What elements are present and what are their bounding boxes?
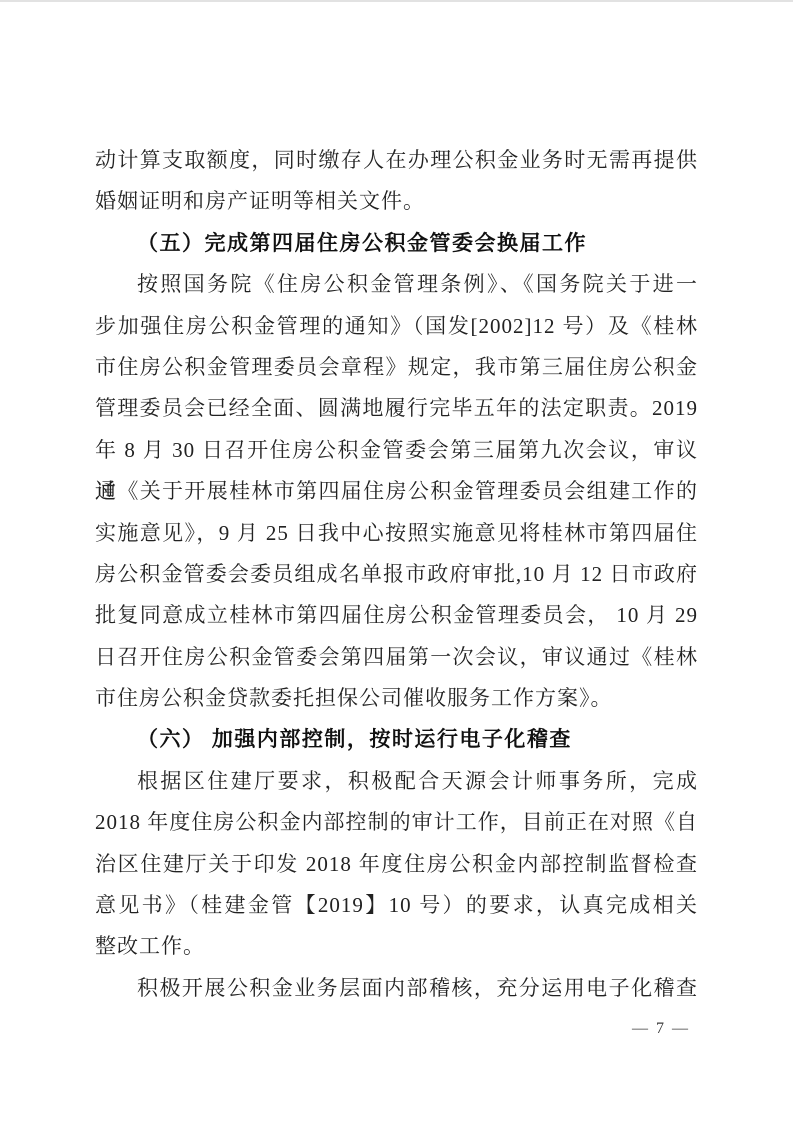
- body-line: 意见书》（桂建金管【2019】10 号）的要求，认真完成相关: [95, 885, 698, 926]
- body-line: 2018 年度住房公积金内部控制的审计工作，目前正在对照《自: [95, 802, 698, 843]
- section-heading-six: （六） 加强内部控制，按时运行电子化稽查: [95, 719, 698, 760]
- body-line: 按照国务院《住房公积金管理条例》、《国务院关于进一: [95, 264, 698, 305]
- body-line: 房公积金管委会委员组成名单报市政府审批,10 月 12 日市政府: [95, 554, 698, 595]
- body-line: 过《关于开展桂林市第四届住房公积金管理委员会组建工作的: [95, 471, 698, 512]
- body-line: 治区住建厅关于印发 2018 年度住房公积金内部控制监督检查: [95, 844, 698, 885]
- document-body: 动计算支取额度，同时缴存人在办理公积金业务时无需再提供 婚姻证明和房产证明等相关…: [95, 140, 698, 1009]
- body-line: 市住房公积金贷款委托担保公司催收服务工作方案》。: [95, 678, 698, 719]
- body-line: 积极开展公积金业务层面内部稽核，充分运用电子化稽查: [95, 968, 698, 1009]
- body-line: 实施意见》，9 月 25 日我中心按照实施意见将桂林市第四届住: [95, 513, 698, 554]
- body-line: 年 8 月 30 日召开住房公积金管委会第三届第九次会议，审议通: [95, 430, 698, 471]
- body-line: 步加强住房公积金管理的通知》（国发[2002]12 号）及《桂林: [95, 306, 698, 347]
- scan-edge-artifact: [0, 0, 793, 2]
- body-line: 婚姻证明和房产证明等相关文件。: [95, 181, 698, 222]
- body-line: 管理委员会已经全面、圆满地履行完毕五年的法定职责。2019: [95, 388, 698, 429]
- body-line: 整改工作。: [95, 926, 698, 967]
- page-number: — 7 —: [632, 1016, 690, 1042]
- section-heading-five: （五）完成第四届住房公积金管委会换届工作: [95, 223, 698, 264]
- body-line: 市住房公积金管理委员会章程》规定，我市第三届住房公积金: [95, 347, 698, 388]
- body-line: 根据区住建厅要求，积极配合天源会计师事务所，完成: [95, 761, 698, 802]
- body-line: 动计算支取额度，同时缴存人在办理公积金业务时无需再提供: [95, 140, 698, 181]
- document-page: 动计算支取额度，同时缴存人在办理公积金业务时无需再提供 婚姻证明和房产证明等相关…: [0, 0, 793, 1122]
- body-line: 日召开住房公积金管委会第四届第一次会议，审议通过《桂林: [95, 637, 698, 678]
- body-line: 批复同意成立桂林市第四届住房公积金管理委员会， 10 月 29: [95, 595, 698, 636]
